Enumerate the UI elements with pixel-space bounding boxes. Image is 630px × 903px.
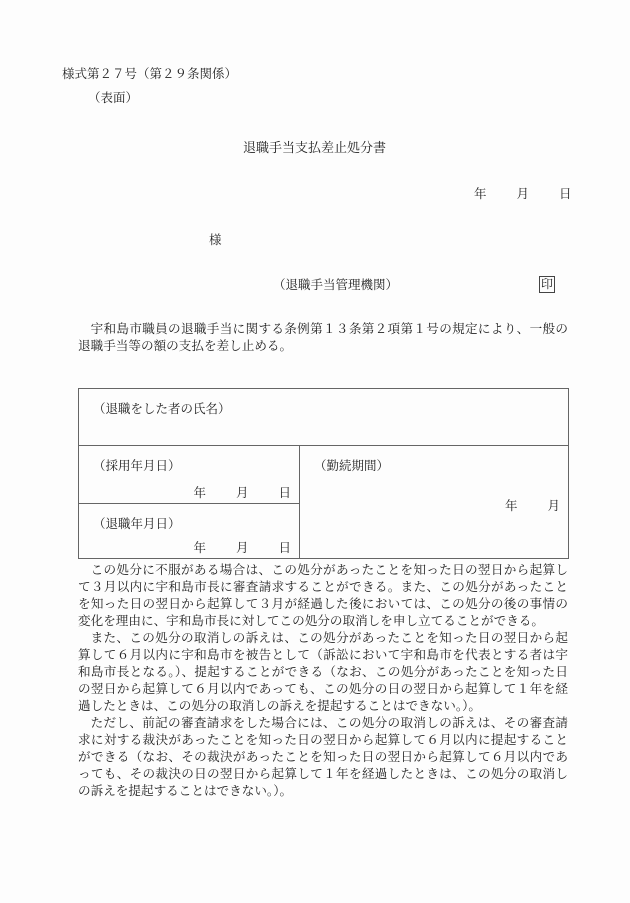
month-unit: 月 (236, 483, 249, 501)
month-unit: 月 (547, 496, 560, 514)
notice-paragraph: ただし、前記の審査請求をした場合には、この処分の取消しの訴えは、その審査請求に対… (78, 714, 568, 799)
form-number: 様式第２７号（第２９条関係） (62, 66, 237, 82)
body-text: 宇和島市職員の退職手当に関する条例第１３条第２項第１号の規定により、一般の退職手… (78, 320, 568, 354)
notice-paragraph: また、この処分の取消しの訴えは、この処分があったことを知った日の翌日から起算して… (78, 629, 568, 714)
day-unit: 日 (278, 538, 291, 556)
document-title: 退職手当支払差止処分書 (243, 141, 386, 157)
addressee-suffix: 様 (209, 232, 222, 248)
year-unit: 年 (193, 483, 206, 501)
hire-date-ymd: 年月日 (193, 483, 291, 501)
body-paragraph: 宇和島市職員の退職手当に関する条例第１３条第２項第１号の規定により、一般の退職手… (78, 320, 568, 354)
service-period-ym: 年月 (505, 496, 560, 514)
name-cell: （退職をした者の氏名） (79, 389, 569, 446)
form-side-label: （表面） (88, 90, 138, 106)
name-label: （退職をした者の氏名） (93, 399, 231, 417)
day-unit: 日 (278, 483, 291, 501)
issue-date: 年月日 (474, 186, 572, 202)
month-unit: 月 (236, 538, 249, 556)
retire-date-ymd: 年月日 (193, 538, 291, 556)
issuer-label: （退職手当管理機関） (273, 277, 398, 293)
seal-mark: 印 (539, 276, 555, 293)
year-unit: 年 (193, 538, 206, 556)
notice-section: この処分に不服がある場合は、この処分があったことを知った日の翌日から起算して３月… (78, 561, 568, 799)
hire-date-label: （採用年月日） (93, 456, 181, 474)
retire-date-label: （退職年月日） (93, 514, 181, 532)
date-month: 月 (517, 186, 530, 201)
date-year: 年 (474, 186, 487, 201)
year-unit: 年 (505, 496, 518, 514)
date-day: 日 (559, 186, 572, 201)
service-period-cell: （勤続期間） 年月 (300, 446, 569, 559)
employee-info-table: （退職をした者の氏名） （採用年月日） 年月日 （勤続期間） 年月 （退職年月日… (78, 388, 569, 559)
retire-date-cell: （退職年月日） 年月日 (79, 504, 300, 559)
service-period-label: （勤続期間） (314, 456, 389, 474)
notice-paragraph: この処分に不服がある場合は、この処分があったことを知った日の翌日から起算して３月… (78, 561, 568, 629)
hire-date-cell: （採用年月日） 年月日 (79, 446, 300, 504)
